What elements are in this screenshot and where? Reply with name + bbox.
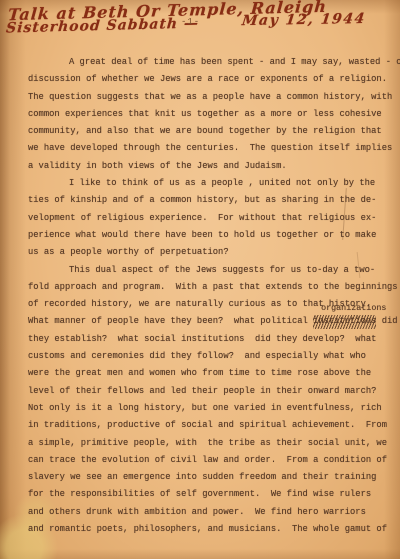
typed-line: community, and also that we are bound to…: [28, 123, 394, 140]
typed-line: level of their fellows and led their peo…: [28, 383, 394, 400]
typed-line: ties of kinship and of a common history,…: [28, 192, 394, 209]
typed-text: What manner of people have they been? wh…: [28, 316, 313, 326]
typed-line: slavery we see an emergence into sudden …: [28, 469, 394, 486]
inserted-correction-word: organizations: [321, 304, 386, 313]
typed-line: discussion of whether we Jews are a race…: [28, 71, 394, 88]
typed-line: Not only is it a long history, but one v…: [28, 400, 394, 417]
typed-line: perience what would there have been to h…: [28, 227, 394, 244]
paragraph: A great deal of time has been spent - an…: [28, 54, 394, 175]
typed-line: common experiences that knit us together…: [28, 106, 394, 123]
paragraph: This dual aspect of the Jews suggests fo…: [28, 262, 394, 539]
typed-line: A great deal of time has been spent - an…: [28, 54, 394, 71]
handwritten-date: May 12, 1944: [241, 11, 367, 29]
paragraph: I like to think of us as a people , unit…: [28, 175, 394, 261]
typed-line: can trace the evolution of civil law and…: [28, 452, 394, 469]
typed-line: a simple, primitive people, with the tri…: [28, 435, 394, 452]
typed-line: I like to think of us as a people , unit…: [28, 175, 394, 192]
typed-line: and others drunk with ambition and power…: [28, 504, 394, 521]
typed-line: velopment of religious experience. For w…: [28, 210, 394, 227]
page-number: -1-: [181, 17, 200, 27]
struck-word: institutionsorganizations: [313, 313, 376, 330]
typed-line: a validity in both views of the Jews and…: [28, 158, 394, 175]
typed-line: and romantic poets, philosophers, and mu…: [28, 521, 394, 538]
typed-line: This dual aspect of the Jews suggests fo…: [28, 262, 394, 279]
document-page: Talk at Beth Or Temple, Raleigh Sisterho…: [0, 0, 400, 559]
typed-line: were the great men and women who from ti…: [28, 365, 394, 382]
typed-body: A great deal of time has been spent - an…: [28, 54, 394, 538]
typed-line: The question suggests that we as a peopl…: [28, 89, 394, 106]
typed-line: they establish? what social institutions…: [28, 331, 394, 348]
typed-line: customs and ceremonies did they follow? …: [28, 348, 394, 365]
typed-line: us as a people worthy of perpetuation?: [28, 244, 394, 261]
typed-line: in traditions, productive of social and …: [28, 417, 394, 434]
typed-line: What manner of people have they been? wh…: [28, 313, 394, 330]
typed-line: for the responsibilities of self governm…: [28, 486, 394, 503]
typed-line: fold approach and program. With a past t…: [28, 279, 394, 296]
typed-text: did: [376, 316, 397, 326]
typed-line: we have developed through the centuries.…: [28, 140, 394, 157]
